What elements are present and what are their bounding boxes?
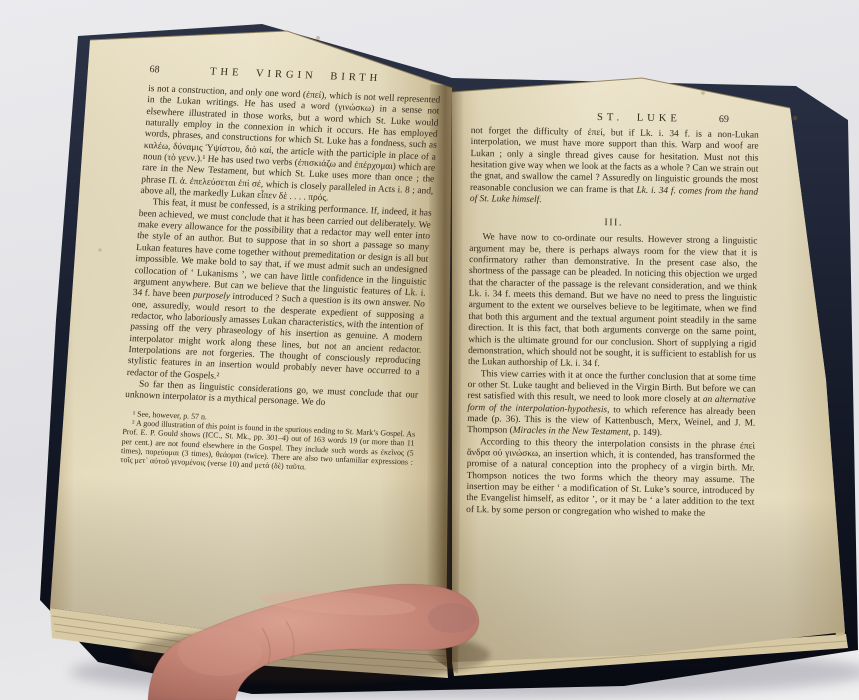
text-run: We have now to co-ordinate our results. … — [468, 233, 758, 370]
foxing-speck — [316, 36, 320, 40]
paragraph: is not a construction, and only one word… — [140, 84, 441, 209]
right-page-intro: not forget the difficulty of ἐπεί, but i… — [470, 126, 759, 210]
paragraph: We have now to co-ordinate our results. … — [468, 232, 758, 373]
right-running-title: ST. LUKE — [597, 112, 681, 124]
text-run: introduced ? Such a question is its own … — [126, 292, 425, 381]
left-page-number: 68 — [149, 64, 210, 77]
left-page-footnotes: ¹ See, however, p. 57 n.² A good illustr… — [120, 409, 416, 476]
foxing-speck — [98, 248, 101, 251]
text-run: This feat, it must be confessed, is a st… — [132, 198, 432, 301]
paragraph: According to this theory the interpolati… — [466, 437, 755, 521]
photo-of-open-book: 68 THE VIRGIN BIRTH is not a constructio… — [0, 0, 859, 700]
thumb-tip-shading — [428, 603, 476, 633]
text-run: not forget the difficulty of ἐπεί, but i… — [470, 126, 759, 195]
right-page: ST. LUKE 69 not forget the difficulty of… — [466, 110, 759, 521]
knuckle-highlight — [178, 628, 262, 676]
paragraph: This view carries with it at once the fu… — [467, 369, 756, 442]
header-spacer — [471, 118, 549, 119]
left-page-body: is not a construction, and only one word… — [125, 84, 441, 413]
italic-text-run: Miracles in the New Testament — [513, 426, 629, 438]
text-run: According to this theory the interpolati… — [466, 437, 755, 519]
text-run: , p. 149). — [628, 428, 662, 439]
left-page: 68 THE VIRGIN BIRTH is not a constructio… — [120, 64, 442, 476]
right-page-number: 69 — [681, 113, 759, 125]
foxing-speck — [701, 91, 705, 95]
paragraph: This feat, it must be confessed, is a st… — [126, 197, 432, 390]
text-run: . — [539, 195, 541, 205]
right-page-body: We have now to co-ordinate our results. … — [466, 232, 757, 520]
section-heading: III. — [470, 215, 758, 231]
italic-text-run: purposely — [193, 291, 231, 302]
header-spacer — [381, 81, 441, 83]
paragraph: not forget the difficulty of ἐπεί, but i… — [470, 126, 759, 210]
text-run: is not a construction, and only one word… — [140, 84, 440, 204]
foxing-speck — [793, 116, 798, 121]
